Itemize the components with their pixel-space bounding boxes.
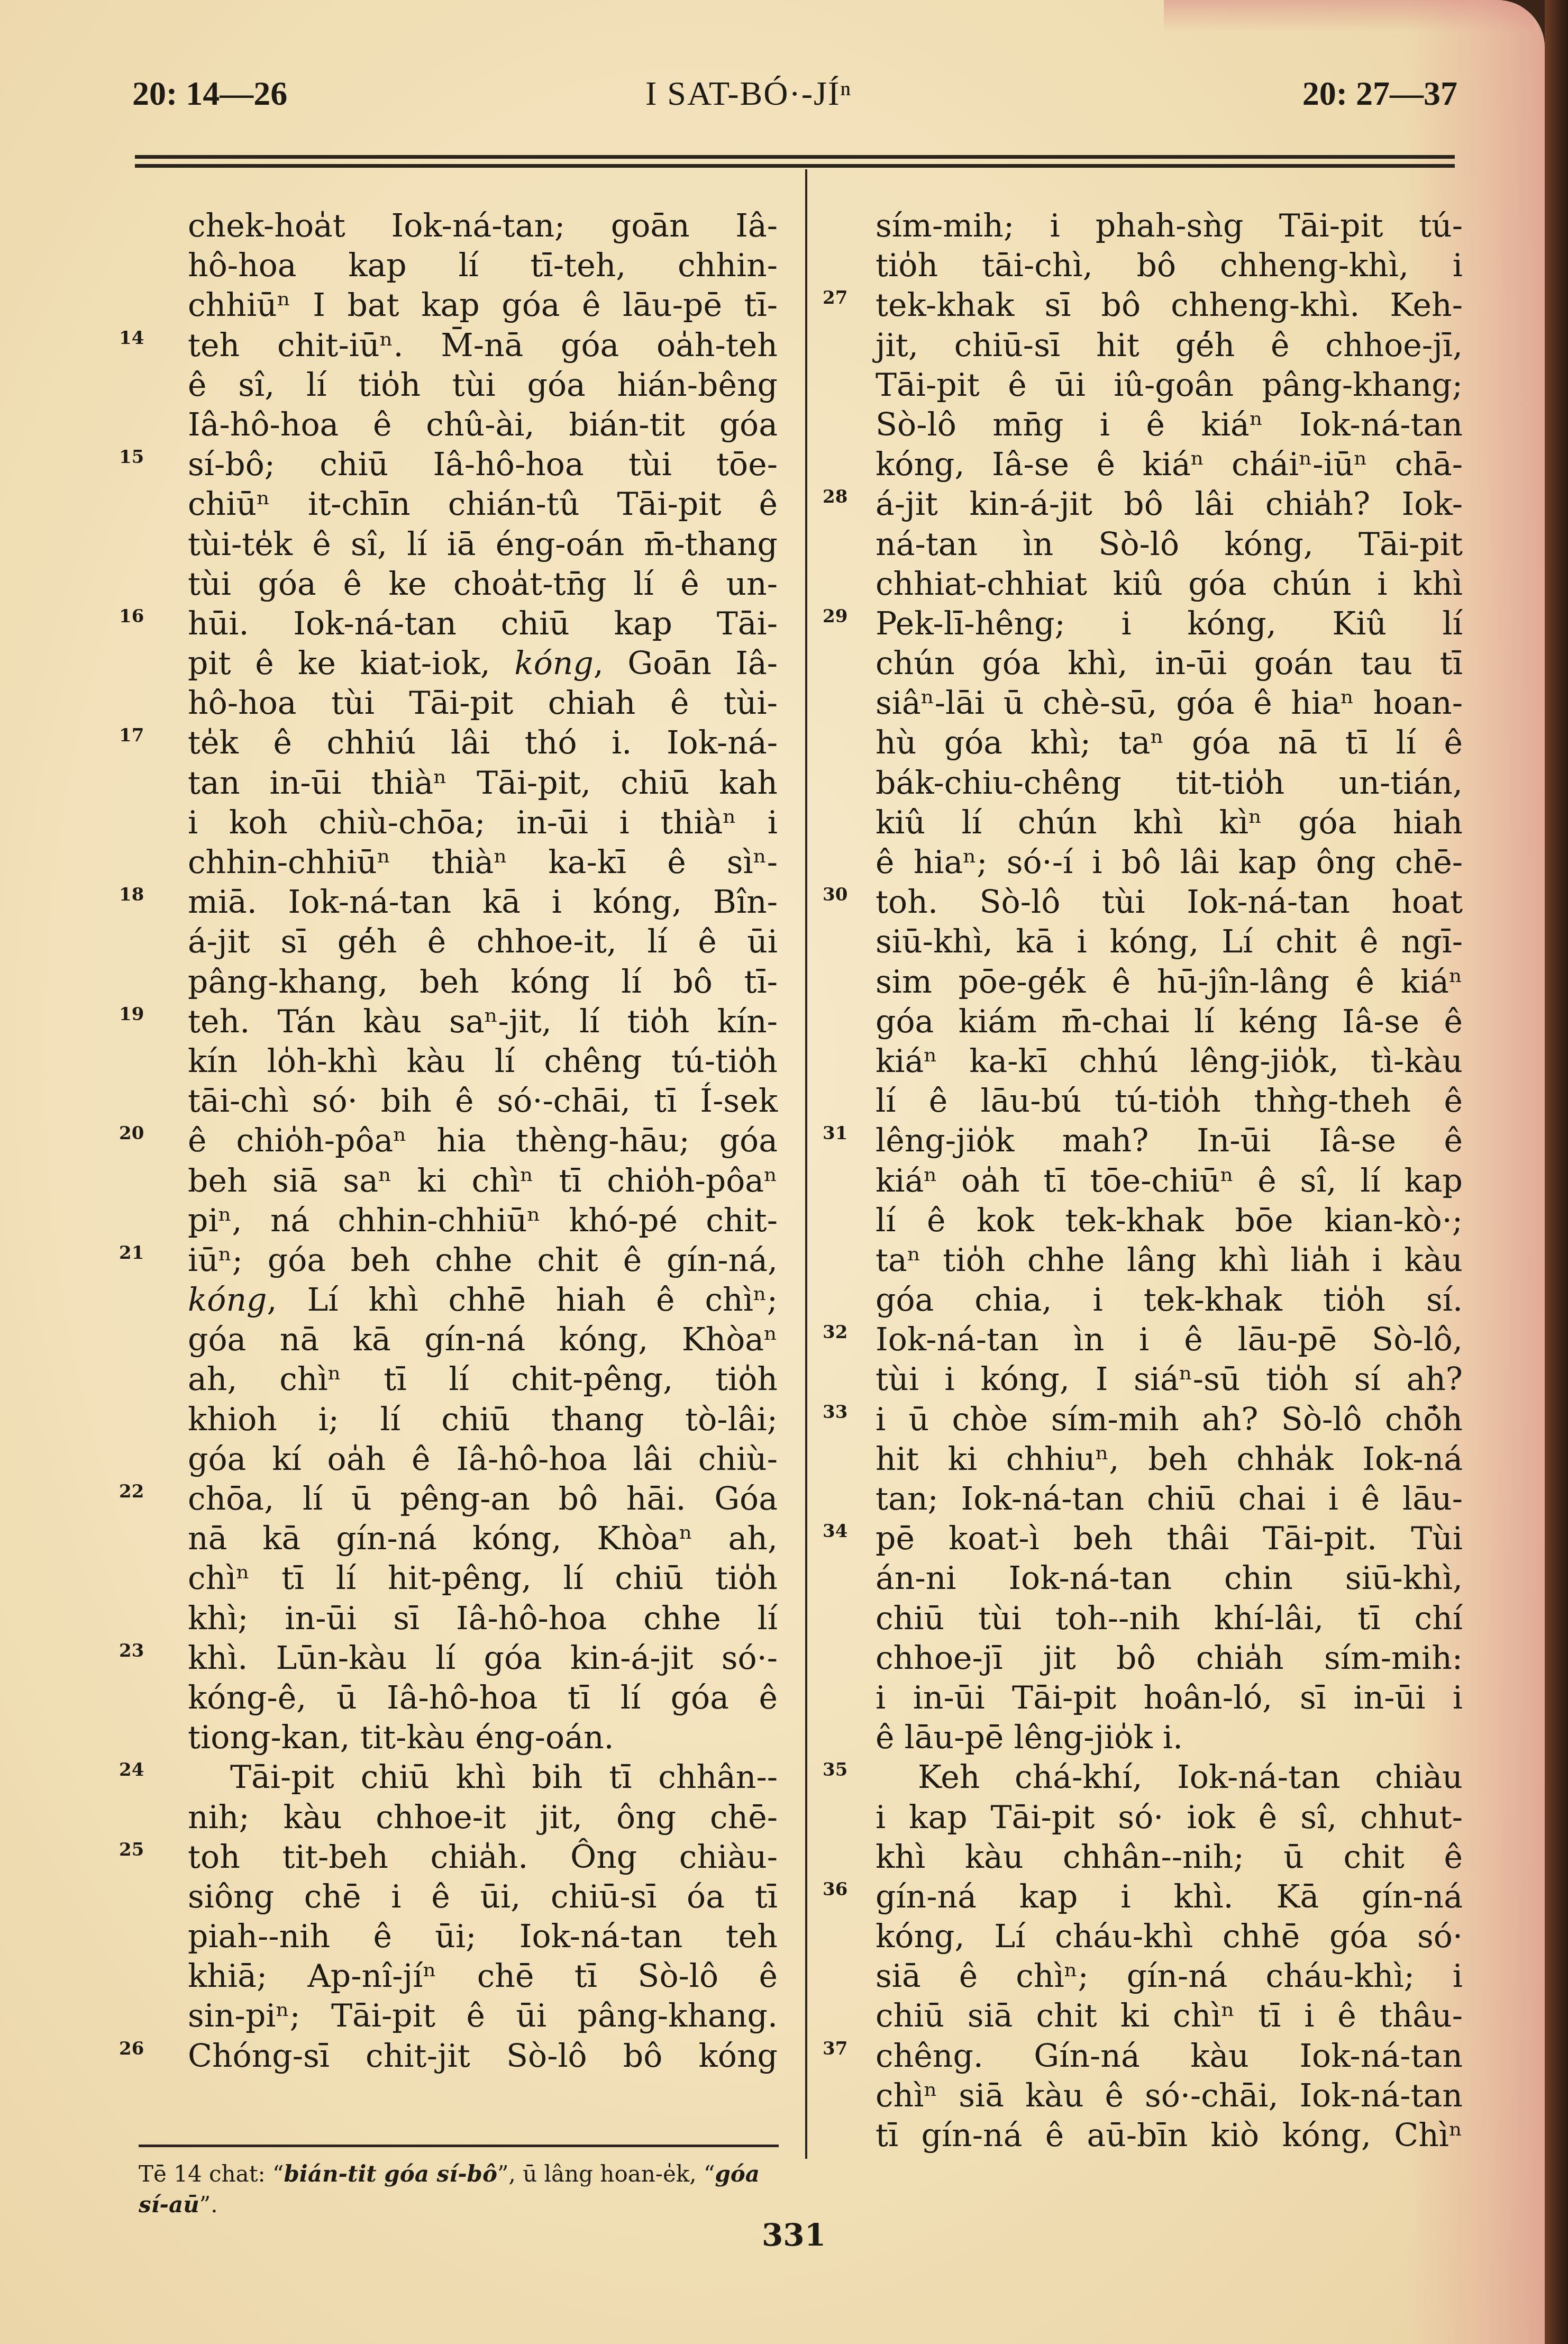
line-text: i kap Tāi-pit só· iok ê sî, chhut- [876,1799,1463,1836]
text-line: siū-khì, kā i kóng, Lí chit ê ngī- [876,922,1463,962]
line-text: tī gín-ná ê aū-bīn kiò kóng, Chìⁿ [876,2117,1463,2154]
line-text: tùi-te̍k ê sî, lí iā éng-oán m̄-thang [188,526,778,563]
text-line: i koh chiù-chōa; in-ūi i thiàⁿ i [188,803,778,843]
running-header: 20: 14—26 I SAT-BÓ·-JÍⁿ 20: 27—37 [132,74,1457,122]
verse-number: 16 [119,597,144,637]
verse-number: 23 [119,1631,144,1671]
text-line: 34pē koat-ì beh thâi Tāi-pit. Tùi [876,1519,1463,1559]
line-text: pit ê ke kiat-iok, kóng, Goān Iâ- [188,645,778,682]
line-text: hù góa khì; taⁿ góa nā tī lí ê [876,724,1463,761]
line-text: miā. Iok-ná-tan kā i kóng, Bîn- [188,884,778,921]
text-line: hit ki chhiuⁿ, beh chha̍k Iok-ná [876,1440,1463,1479]
line-text: khì; in-ūi sī Iâ-hô-hoa chhe lí [188,1600,778,1637]
text-line: góa nā kā gín-ná kóng, Khòaⁿ [188,1320,778,1360]
text-line: i in-ūi Tāi-pit hoân-ló, sī in-ūi i [876,1678,1463,1718]
line-text: Tāi-pit ê ūi iû-goân pâng-khang; [876,367,1463,404]
text-line: siā ê chìⁿ; gín-ná cháu-khì; i [876,1957,1463,1996]
line-text: siâⁿ-lāi ū chè-sū, góa ê hiaⁿ hoan- [876,685,1463,722]
text-line: i kap Tāi-pit só· iok ê sî, chhut- [876,1798,1463,1838]
line-text: sim pōe-gé̍k ê hū-jîn-lâng ê kiáⁿ [876,964,1463,1001]
text-line: tiong-kan, tit-kàu éng-oán. [188,1718,778,1758]
text-line: 29Pek-lī-hêng; i kóng, Kiû lí [876,604,1463,644]
text-line: 35Keh chá-khí, Iok-ná-tan chiàu [876,1758,1463,1797]
text-line: 24Tāi-pit chiū khì bih tī chhân-- [188,1758,778,1797]
line-text: chiūⁿ it-chīn chián-tû Tāi-pit ê [188,486,778,523]
line-text: ê lāu-pē lêng-jio̍k i. [876,1719,1183,1756]
text-line: nā kā gín-ná kóng, Khòaⁿ ah, [188,1519,778,1559]
text-line: tī gín-ná ê aū-bīn kiò kóng, Chìⁿ [876,2116,1463,2156]
verse-number: 15 [119,438,144,477]
line-text: hit ki chhiuⁿ, beh chha̍k Iok-ná [876,1441,1463,1478]
line-text: i koh chiù-chōa; in-ūi i thiàⁿ i [188,804,778,841]
verse-number: 21 [119,1233,144,1273]
line-text: kiáⁿ ka-kī chhú lêng-jio̍k, tì-kàu [876,1043,1463,1080]
line-text: hô-hoa kap lí tī-teh, chhin- [188,247,778,284]
text-line: pit ê ke kiat-iok, kóng, Goān Iâ- [188,644,778,684]
line-text: ah, chìⁿ tī lí chit-pêng, tio̍h [188,1361,778,1398]
verse-number: 29 [823,597,847,637]
text-line: siâⁿ-lāi ū chè-sū, góa ê hiaⁿ hoan- [876,684,1463,723]
text-line: bák-chiu-chêng tit-tio̍h un-tián, [876,764,1463,803]
text-line: kín lo̍h-khì kàu lí chêng tú-tio̍h [188,1042,778,1082]
page-number: 331 [762,2217,826,2253]
line-text: khiā; Ap-nî-jíⁿ chē tī Sò-lô ê [188,1958,778,1995]
text-line: taⁿ tio̍h chhe lâng khì lia̍h i kàu [876,1241,1463,1280]
text-line: 36gín-ná kap i khì. Kā gín-ná [876,1877,1463,1917]
line-text: kiáⁿ oa̍h tī tōe-chiūⁿ ê sî, lí kap [876,1162,1463,1200]
text-line: 28á-jit kin-á-jit bô lâi chia̍h? Iok- [876,485,1463,524]
line-text: toh. Sò-lô tùi Iok-ná-tan hoat [876,884,1463,921]
text-line: kiû lí chún khì kìⁿ góa hiah [876,803,1463,843]
text-line: 33i ū chòe sím-mih ah? Sò-lô chō̍h [876,1400,1463,1440]
text-line: pâng-khang, beh kóng lí bô tī- [188,962,778,1002]
line-text: toh tit-beh chia̍h. Ông chiàu- [188,1839,778,1876]
line-text: chêng. Gín-ná kàu Iok-ná-tan [876,2038,1463,2075]
text-line: góa kiám m̄-chai lí kéng Iâ-se ê [876,1002,1463,1042]
line-text: kín lo̍h-khì kàu lí chêng tú-tio̍h [188,1043,778,1080]
text-line: chún góa khì, in-ūi goán tau tī [876,644,1463,684]
verse-number: 18 [119,875,144,915]
text-line: lí ê kok tek-khak bōe kian-kò·; [876,1201,1463,1241]
line-text: Iok-ná-tan ìn i ê lāu-pē Sò-lô, [876,1321,1463,1358]
text-line: Iâ-hô-hoa ê chû-ài, bián-tit góa [188,405,778,445]
header-book-title: I SAT-BÓ·-JÍⁿ [645,74,852,113]
text-line: 31lêng-jio̍k mah? In-ūi Iâ-se ê [876,1121,1463,1161]
italic-word: kóng [188,1282,267,1319]
text-line: sim pōe-gé̍k ê hū-jîn-lâng ê kiáⁿ [876,962,1463,1002]
line-text: hūi. Iok-ná-tan chiū kap Tāi- [188,605,778,642]
line-text: tan; Iok-ná-tan chiū chai i ê lāu- [876,1480,1463,1518]
footnote-middle: ”, ū lâng hoan-e̍k, “ [497,2161,715,2187]
line-text: chhiat-chhiat kiû góa chún i khì [876,566,1463,603]
line-text: Chóng-sī chit-jit Sò-lô bô kóng [188,2038,778,2075]
text-line: sím-mih; i phah-sǹg Tāi-pit tú- [876,206,1463,246]
text-line: hù góa khì; taⁿ góa nā tī lí ê [876,723,1463,763]
text-line: 21iūⁿ; góa beh chhe chit ê gín-ná, [188,1241,778,1280]
column-divider [805,169,807,2159]
line-text: góa kiám m̄-chai lí kéng Iâ-se ê [876,1003,1463,1040]
line-text: ê chio̍h-pôaⁿ hia thèng-hāu; góa [188,1122,778,1159]
verse-number: 26 [119,2029,144,2069]
text-line: 27tek-khak sī bô chheng-khì. Keh- [876,286,1463,325]
line-text: tāi-chì só· bih ê só·-chāi, tī Í-sek [188,1083,778,1120]
text-column-right: sím-mih; i phah-sǹg Tāi-pit tú-tio̍h tāi… [876,206,1463,2156]
line-text: bák-chiu-chêng tit-tio̍h un-tián, [876,765,1463,802]
text-column-left: chek-hoa̍t Iok-ná-tan; goān Iâ-hô-hoa ka… [188,206,778,2076]
text-line: á-jit sī gé̍h ê chhoe-it, lí ê ūi [188,922,778,962]
verse-number: 32 [823,1313,847,1352]
text-line: chhiat-chhiat kiû góa chún i khì [876,565,1463,604]
line-text: jit, chiū-sī hit gé̍h ê chhoe-jī, [876,327,1463,364]
text-line: tùi i kóng, I siáⁿ-sū tio̍h sí ah? [876,1360,1463,1400]
text-line: 15sí-bô; chiū Iâ-hô-hoa tùi tōe- [188,445,778,485]
line-text: pē koat-ì beh thâi Tāi-pit. Tùi [876,1520,1463,1557]
verse-number: 19 [119,995,144,1034]
text-line: Tāi-pit ê ūi iû-goân pâng-khang; [876,366,1463,405]
text-line: chhin-chhiūⁿ thiàⁿ ka-kī ê sìⁿ- [188,843,778,883]
line-text: chìⁿ tī lí hit-pêng, lí chiū tio̍h [188,1560,778,1597]
line-text: chún góa khì, in-ūi goán tau tī [876,645,1463,682]
verse-number: 22 [119,1472,144,1512]
line-text: kiû lí chún khì kìⁿ góa hiah [876,804,1463,841]
text-line: 17te̍k ê chhiú lâi thó i. Iok-ná- [188,723,778,763]
verse-number: 17 [119,716,144,756]
line-text: tan in-ūi thiàⁿ Tāi-pit, chiū kah [188,765,778,802]
text-line: góa kí oa̍h ê Iâ-hô-hoa lâi chiù- [188,1440,778,1479]
header-double-rule [135,155,1455,168]
text-line: khioh i; lí chiū thang tò-lâi; [188,1400,778,1440]
text-line: tan; Iok-ná-tan chiū chai i ê lāu- [876,1479,1463,1519]
line-text: beh siā saⁿ ki chìⁿ tī chio̍h-pôaⁿ [188,1162,778,1200]
text-line: chìⁿ siā kàu ê só·-chāi, Iok-ná-tan [876,2076,1463,2116]
verse-number: 24 [119,1750,144,1790]
text-line: ná-tan ìn Sò-lô kóng, Tāi-pit [876,525,1463,565]
text-line: tāi-chì só· bih ê só·-chāi, tī Í-sek [188,1082,778,1121]
line-text: nih; kàu chhoe-it jit, ông chē- [188,1799,778,1836]
line-text: Pek-lī-hêng; i kóng, Kiû lí [876,605,1463,642]
text-line: chìⁿ tī lí hit-pêng, lí chiū tio̍h [188,1559,778,1598]
text-line: kóng-ê, ū Iâ-hô-hoa tī lí góa ê [188,1678,778,1718]
verse-number: 25 [119,1830,144,1870]
text-line: chhoe-jī jit bô chia̍h sím-mih: [876,1639,1463,1678]
line-text: taⁿ tio̍h chhe lâng khì lia̍h i kàu [876,1242,1463,1279]
text-line: piah--nih ê ūi; Iok-ná-tan teh [188,1917,778,1957]
line-text: gín-ná kap i khì. Kā gín-ná [876,1878,1463,1915]
text-line: tùi góa ê ke choa̍t-tn̄g lí ê un- [188,565,778,604]
text-line: 37chêng. Gín-ná kàu Iok-ná-tan [876,2037,1463,2076]
line-text: chhiūⁿ I bat kap góa ê lāu-pē tī- [188,287,778,324]
line-text: ê hiaⁿ; só·-í i bô lâi kap ông chē- [876,844,1463,881]
line-text: góa kí oa̍h ê Iâ-hô-hoa lâi chiù- [188,1441,778,1478]
text-line: chhiūⁿ I bat kap góa ê lāu-pē tī- [188,286,778,325]
line-text: siā ê chìⁿ; gín-ná cháu-khì; i [876,1958,1463,1995]
verse-number: 37 [823,2029,847,2069]
text-line: Sò-lô mn̄g i ê kiáⁿ Iok-ná-tan [876,405,1463,445]
text-line: chiū siā chit ki chìⁿ tī i ê thâu- [876,1996,1463,2036]
text-line: siông chē i ê ūi, chiū-sī óa tī [188,1877,778,1917]
footnote-prefix: Tē 14 chat: “ [139,2161,284,2187]
text-line: lí ê lāu-bú tú-tio̍h thǹg-theh ê [876,1082,1463,1121]
line-text: sí-bô; chiū Iâ-hô-hoa tùi tōe- [188,446,778,483]
text-line: 32Iok-ná-tan ìn i ê lāu-pē Sò-lô, [876,1320,1463,1360]
verse-number: 31 [823,1114,847,1153]
italic-word: kóng [514,645,594,682]
verse-number: 27 [823,278,847,318]
verse-number: 34 [823,1512,847,1551]
line-text: kóng-ê, ū Iâ-hô-hoa tī lí góa ê [188,1679,778,1716]
text-line: 16hūi. Iok-ná-tan chiū kap Tāi- [188,604,778,644]
text-line: hô-hoa tùi Tāi-pit chiah ê tùi- [188,684,778,723]
line-text: nā kā gín-ná kóng, Khòaⁿ ah, [188,1520,778,1557]
line-text: te̍k ê chhiú lâi thó i. Iok-ná- [188,724,778,761]
verse-number: 20 [119,1114,144,1153]
line-text: i in-ūi Tāi-pit hoân-ló, sī in-ūi i [876,1679,1463,1716]
text-line: tùi-te̍k ê sî, lí iā éng-oán m̄-thang [188,525,778,565]
text-line: 25toh tit-beh chia̍h. Ông chiàu- [188,1838,778,1877]
text-line: kiáⁿ oa̍h tī tōe-chiūⁿ ê sî, lí kap [876,1161,1463,1201]
text-line: kóng, Lí khì chhē hiah ê chìⁿ; [188,1280,778,1320]
line-text: Tāi-pit chiū khì bih tī chhân-- [230,1759,778,1796]
line-text: teh chit-iūⁿ. M̄-nā góa oa̍h-teh [188,327,778,364]
text-line: 23khì. Lūn-kàu lí góa kin-á-jit só·- [188,1639,778,1678]
text-line: jit, chiū-sī hit gé̍h ê chhoe-jī, [876,326,1463,366]
line-text: sím-mih; i phah-sǹg Tāi-pit tú- [876,207,1463,244]
text-line: sin-piⁿ; Tāi-pit ê ūi pâng-khang. [188,1996,778,2036]
line-text: á-jit kin-á-jit bô lâi chia̍h? Iok- [876,486,1463,523]
text-line: khiā; Ap-nî-jíⁿ chē tī Sò-lô ê [188,1957,778,1996]
line-text: chìⁿ siā kàu ê só·-chāi, Iok-ná-tan [876,2077,1463,2114]
verse-number: 28 [823,477,847,517]
line-text: chek-hoa̍t Iok-ná-tan; goān Iâ- [188,207,778,244]
line-text: tek-khak sī bô chheng-khì. Keh- [876,287,1463,324]
line-text: hô-hoa tùi Tāi-pit chiah ê tùi- [188,685,778,722]
text-line: tan in-ūi thiàⁿ Tāi-pit, chiū kah [188,764,778,803]
line-text: chiū tùi toh--nih khí-lâi, tī chí [876,1600,1463,1637]
line-text: khì. Lūn-kàu lí góa kin-á-jit só·- [188,1640,778,1677]
text-line: ê hiaⁿ; só·-í i bô lâi kap ông chē- [876,843,1463,883]
footnote-suffix: ”. [199,2192,218,2218]
text-line: piⁿ, ná chhin-chhiūⁿ khó-pé chit- [188,1201,778,1241]
line-text: piah--nih ê ūi; Iok-ná-tan teh [188,1918,778,1955]
text-line: tio̍h tāi-chì, bô chheng-khì, i [876,246,1463,286]
text-line: kiáⁿ ka-kī chhú lêng-jio̍k, tì-kàu [876,1042,1463,1082]
text-line: beh siā saⁿ ki chìⁿ tī chio̍h-pôaⁿ [188,1161,778,1201]
text-line: 19teh. Tán kàu saⁿ-jit, lí tio̍h kín- [188,1002,778,1042]
line-text: piⁿ, ná chhin-chhiūⁿ khó-pé chit- [188,1202,778,1239]
footnote-emphasis-1: bián-tit góa sí-bô [284,2161,497,2187]
book-page: 20: 14—26 I SAT-BÓ·-JÍⁿ 20: 27—37 chek-h… [0,0,1545,2344]
line-text: góa nā kā gín-ná kóng, Khòaⁿ [188,1321,778,1358]
text-line: 26Chóng-sī chit-jit Sò-lô bô kóng [188,2037,778,2076]
footnote-rule [139,2145,779,2147]
text-line: 22chōa, lí ū pêng-an bô hāi. Góa [188,1479,778,1519]
text-line: kóng, Iâ-se ê kiáⁿ cháiⁿ-iūⁿ chā- [876,445,1463,485]
text-line: khì kàu chhân--nih; ū chit ê [876,1838,1463,1877]
text-line: nih; kàu chhoe-it jit, ông chē- [188,1798,778,1838]
verse-number: 36 [823,1870,847,1910]
text-line: 30toh. Sò-lô tùi Iok-ná-tan hoat [876,883,1463,922]
line-text: chhoe-jī jit bô chia̍h sím-mih: [876,1640,1463,1677]
line-text: á-jit sī gé̍h ê chhoe-it, lí ê ūi [188,923,778,960]
text-line: ê sî, lí tio̍h tùi góa hián-bêng [188,366,778,405]
text-line: ah, chìⁿ tī lí chit-pêng, tio̍h [188,1360,778,1400]
line-text: teh. Tán kàu saⁿ-jit, lí tio̍h kín- [188,1003,778,1040]
line-text: chōa, lí ū pêng-an bô hāi. Góa [188,1480,778,1518]
text-line: khì; in-ūi sī Iâ-hô-hoa chhe lí [188,1599,778,1639]
line-text: tùi i kóng, I siáⁿ-sū tio̍h sí ah? [876,1361,1463,1398]
text-line: kóng, Lí cháu-khì chhē góa só· [876,1917,1463,1957]
text-line: 18miā. Iok-ná-tan kā i kóng, Bîn- [188,883,778,922]
line-text: Sò-lô mn̄g i ê kiáⁿ Iok-ná-tan [876,406,1463,443]
line-text: tiong-kan, tit-kàu éng-oán. [188,1719,614,1756]
verse-number: 35 [823,1750,847,1790]
line-text: lí ê kok tek-khak bōe kian-kò·; [876,1202,1463,1239]
line-text: chhin-chhiūⁿ thiàⁿ ka-kī ê sìⁿ- [188,844,778,881]
line-text: lí ê lāu-bú tú-tio̍h thǹg-theh ê [876,1083,1463,1120]
text-line: chiūⁿ it-chīn chián-tû Tāi-pit ê [188,485,778,524]
verse-number: 30 [823,875,847,915]
text-line: án-ni Iok-ná-tan chin siū-khì, [876,1559,1463,1598]
line-text: khì kàu chhân--nih; ū chit ê [876,1839,1463,1876]
text-line: ê lāu-pē lêng-jio̍k i. [876,1718,1463,1758]
header-verse-range-right: 20: 27—37 [1302,74,1457,113]
line-text: án-ni Iok-ná-tan chin siū-khì, [876,1560,1463,1597]
text-line: chiū tùi toh--nih khí-lâi, tī chí [876,1599,1463,1639]
verse-number: 14 [119,319,144,358]
header-verse-range-left: 20: 14—26 [132,74,287,113]
line-text: siông chē i ê ūi, chiū-sī óa tī [188,1878,778,1915]
book-binding-edge [1545,0,1568,2344]
line-text: pâng-khang, beh kóng lí bô tī- [188,964,778,1001]
text-line: chek-hoa̍t Iok-ná-tan; goān Iâ- [188,206,778,246]
line-text: Iâ-hô-hoa ê chû-ài, bián-tit góa [188,406,778,443]
line-text: iūⁿ; góa beh chhe chit ê gín-ná, [188,1242,778,1279]
line-text: góa chia, i tek-khak tio̍h sí. [876,1282,1463,1319]
line-text: chiū siā chit ki chìⁿ tī i ê thâu- [876,1997,1463,2034]
text-line: hô-hoa kap lí tī-teh, chhin- [188,246,778,286]
text-line: 20ê chio̍h-pôaⁿ hia thèng-hāu; góa [188,1121,778,1161]
line-text: khioh i; lí chiū thang tò-lâi; [188,1401,778,1438]
verse-number: 33 [823,1393,847,1432]
text-line: góa chia, i tek-khak tio̍h sí. [876,1280,1463,1320]
line-text: sin-piⁿ; Tāi-pit ê ūi pâng-khang. [188,1997,778,2034]
line-text: lêng-jio̍k mah? In-ūi Iâ-se ê [876,1122,1463,1159]
line-text: ná-tan ìn Sò-lô kóng, Tāi-pit [876,526,1463,563]
line-text: siū-khì, kā i kóng, Lí chit ê ngī- [876,923,1463,960]
line-text: kóng, Lí khì chhē hiah ê chìⁿ; [188,1282,778,1319]
line-text: kóng, Lí cháu-khì chhē góa só· [876,1918,1463,1955]
line-text: tùi góa ê ke choa̍t-tn̄g lí ê un- [188,566,778,603]
line-text: ê sî, lí tio̍h tùi góa hián-bêng [188,367,778,404]
line-text: i ū chòe sím-mih ah? Sò-lô chō̍h [876,1401,1463,1438]
text-line: 14teh chit-iūⁿ. M̄-nā góa oa̍h-teh [188,326,778,366]
line-text: kóng, Iâ-se ê kiáⁿ cháiⁿ-iūⁿ chā- [876,446,1463,483]
footnote: Tē 14 chat: “bián-tit góa sí-bô”, ū lâng… [139,2159,779,2220]
line-text: Keh chá-khí, Iok-ná-tan chiàu [918,1759,1463,1796]
line-text: tio̍h tāi-chì, bô chheng-khì, i [876,247,1463,284]
